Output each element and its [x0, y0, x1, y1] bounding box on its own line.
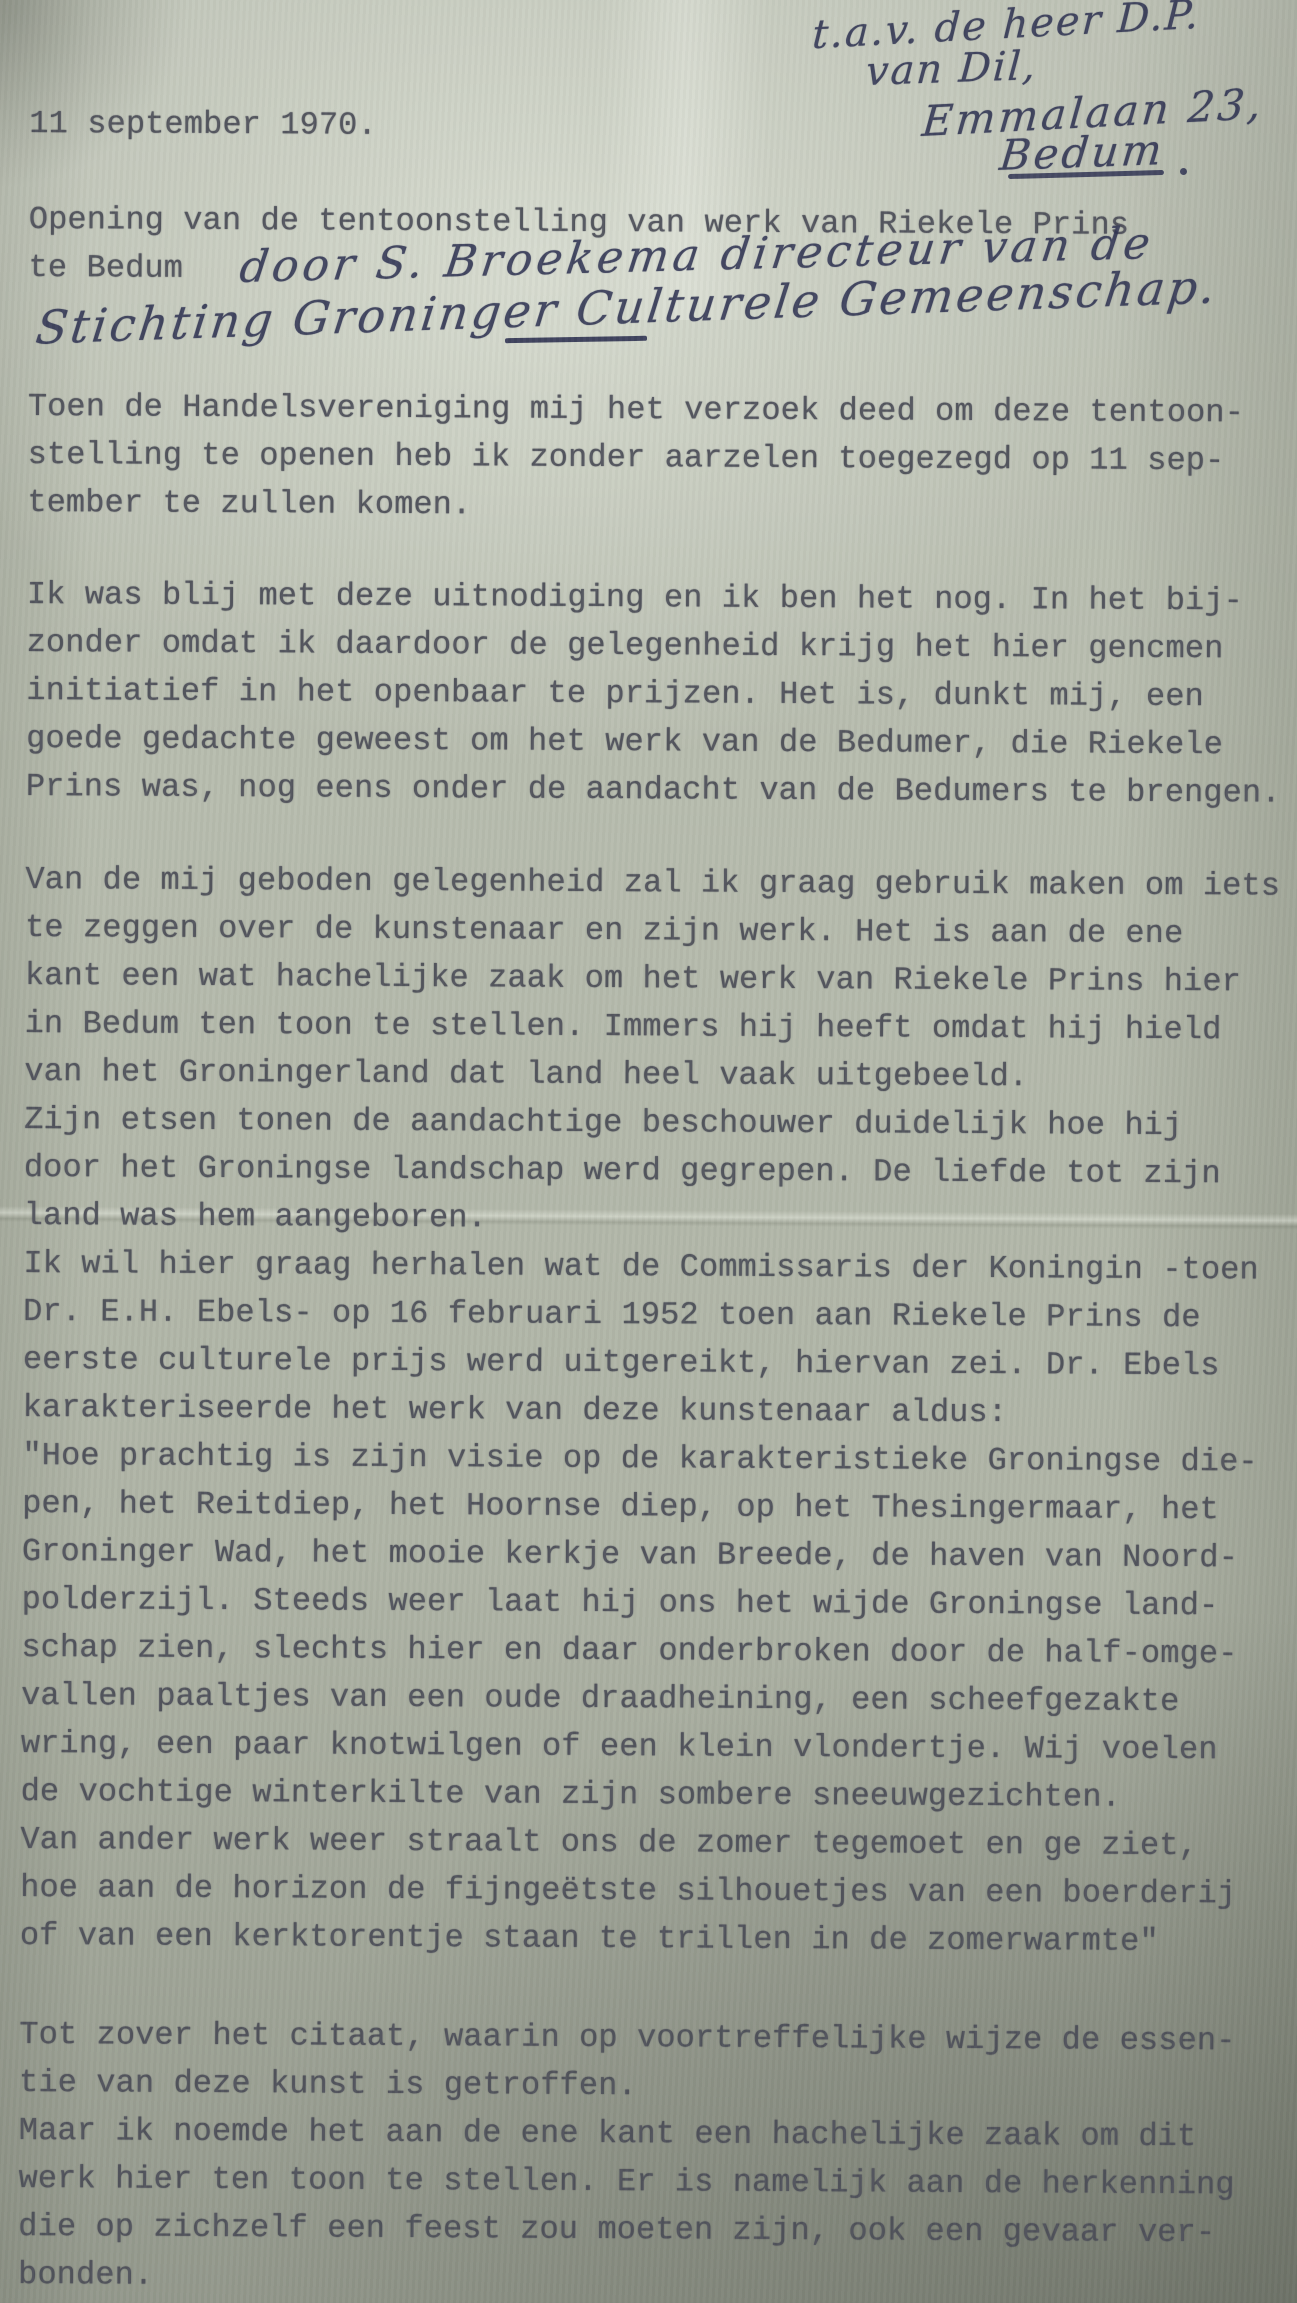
typed-line: polderzijl. Steeds weer laat hij ons het… — [21, 1576, 1276, 1631]
typed-line: Van ander werk weer straalt ons de zomer… — [20, 1816, 1275, 1871]
typed-line: Groninger Wad, het mooie kerkje van Bree… — [22, 1528, 1277, 1583]
typed-line: tember te zullen komen. — [27, 479, 1243, 533]
typed-line: in Bedum ten toon te stellen. Immers hij… — [25, 1000, 1280, 1055]
paragraph-1: Toen de Handelsvereniging mij het verzoe… — [27, 383, 1244, 533]
paragraph-2: Ik was blij met deze uitnodiging en ik b… — [26, 571, 1282, 818]
typed-line: hoe aan de horizon de fijngeëtste silhou… — [20, 1864, 1275, 1919]
typed-line: wring, een paar knotwilgen of een klein … — [21, 1720, 1276, 1775]
document-photo: t.a.v. de heer D.P. van Dil, Emmalaan 23… — [0, 0, 1297, 2303]
typed-line: initiatief in het openbaar te prijzen. H… — [26, 667, 1281, 722]
typed-line: te zeggen over de kunstenaar en zijn wer… — [25, 904, 1280, 959]
typed-line: werk hier ten toon te stellen. Er is nam… — [18, 2155, 1234, 2209]
typed-line: die op zichzelf een feest zou moeten zij… — [18, 2203, 1234, 2257]
typed-line: Ik wil hier graag herhalen wat de Commis… — [23, 1240, 1278, 1295]
typed-line: Dr. E.H. Ebels- op 16 februari 1952 toen… — [23, 1288, 1278, 1343]
typed-line: goede gedachte geweest om het werk van d… — [26, 715, 1281, 770]
date-line: 11 september 1970. — [29, 100, 377, 150]
typed-line: Tot zover het citaat, waarin op voortref… — [19, 2011, 1235, 2065]
typed-line: de vochtige winterkilte van zijn sombere… — [20, 1768, 1275, 1823]
typed-line: stelling te openen heb ik zonder aarzele… — [27, 431, 1243, 485]
typed-line: pen, het Reitdiep, het Hoornse diep, op … — [22, 1480, 1277, 1535]
typed-line: Zijn etsen tonen de aandachtige beschouw… — [24, 1096, 1279, 1151]
paragraph-4: Tot zover het citaat, waarin op voortref… — [18, 2011, 1236, 2303]
typed-line: Maar ik noemde het aan de ene kant een h… — [19, 2107, 1235, 2161]
typed-line: Van de mij geboden gelegenheid zal ik gr… — [25, 856, 1280, 911]
document-date: 11 september 1970. — [29, 100, 377, 150]
paragraph-3: Van de mij geboden gelegenheid zal ik gr… — [20, 856, 1280, 1967]
typed-line: door het Groningse landschap werd gegrep… — [24, 1144, 1279, 1199]
typed-line: Ik was blij met deze uitnodiging en ik b… — [27, 571, 1282, 626]
typed-line: van het Groningerland dat land heel vaak… — [24, 1048, 1279, 1103]
typed-line: eerste culturele prijs werd uitgereikt, … — [23, 1336, 1278, 1391]
typed-line: zonder omdat ik daardoor de gelegenheid … — [27, 619, 1282, 674]
typed-line: land was hem aangeboren. — [24, 1192, 1279, 1247]
typed-line: Prins was, nog eens onder de aandacht va… — [26, 763, 1281, 818]
typed-line: Toen de Handelsvereniging mij het verzoe… — [28, 383, 1244, 437]
typed-line: schap zien, slechts hier en daar onderbr… — [21, 1624, 1276, 1679]
typed-line: "Hoe prachtig is zijn visie op de karakt… — [22, 1432, 1277, 1487]
typed-line: karakteriseerde het werk van deze kunste… — [23, 1384, 1278, 1439]
typed-line: of van een kerktorentje staan te trillen… — [20, 1912, 1275, 1967]
typed-line: bonden. — [18, 2251, 1234, 2303]
typed-line: tie van deze kunst is getroffen. — [19, 2059, 1235, 2113]
typed-line: vallen paaltjes van een oude draadheinin… — [21, 1672, 1276, 1727]
typed-line: kant een wat hachelijke zaak om het werk… — [25, 952, 1280, 1007]
